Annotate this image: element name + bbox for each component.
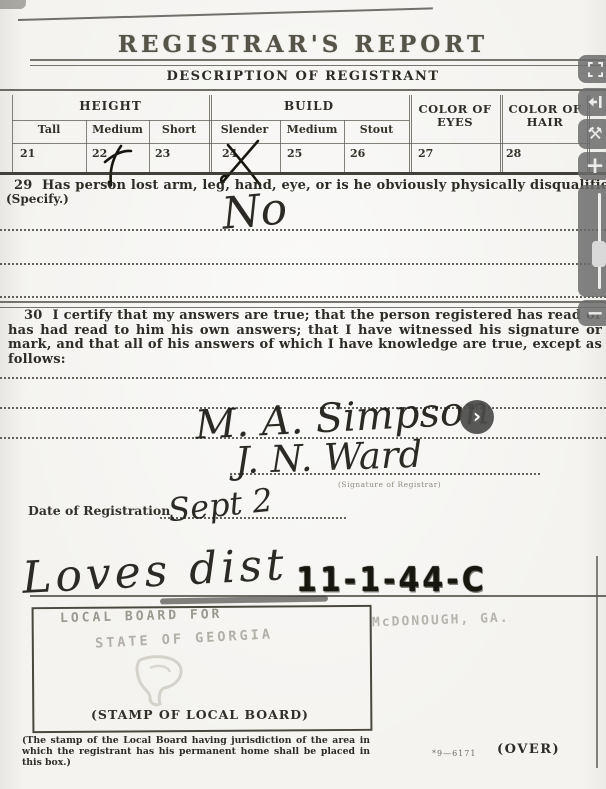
minus-icon: − (586, 301, 604, 325)
zoom-slider[interactable] (578, 185, 606, 297)
zoom-in-button[interactable]: + (578, 152, 606, 180)
question-29-number: 29 (14, 178, 33, 193)
faded-seal-icon (130, 652, 190, 708)
table-row-line (12, 120, 409, 121)
stamp-box-caption: (STAMP OF LOCAL BOARD) (32, 707, 368, 722)
scan-corner-smudge (0, 0, 26, 9)
dotted-rule (0, 296, 606, 298)
col-group-hair: COLOR OF HAIR (503, 103, 587, 129)
col-short: Short (149, 123, 209, 136)
fullscreen-button[interactable] (578, 55, 606, 83)
cell-23: 23 (155, 147, 170, 160)
over-label: (OVER) (497, 742, 560, 757)
zoom-out-button[interactable]: − (578, 300, 606, 326)
cell-27: 27 (418, 147, 433, 160)
scan-top-edge-line (18, 7, 433, 21)
board-stamp-line-3: McDONOUGH, GA. (372, 611, 510, 631)
table-bottom-rule (0, 172, 606, 175)
registrar-signature-2: J. N. Ward (234, 433, 423, 483)
question-29-text: Has person lost arm, leg, hand, eye, or … (42, 178, 606, 193)
certification-30-number: 30 (8, 308, 53, 323)
col-slender: Slender (209, 123, 280, 136)
certification-30: 30I certify that my answers are true; th… (8, 309, 602, 367)
rule-under-section-header (0, 89, 606, 91)
question-29: 29 Has person lost arm, leg, hand, eye, … (14, 178, 606, 193)
tools-button[interactable]: ⚒ (578, 119, 606, 149)
section-header: DESCRIPTION OF REGISTRANT (0, 69, 606, 84)
signature-caption: (Signature of Registrar) (338, 480, 441, 489)
dotted-rule (0, 229, 606, 231)
question-29-specify: (Specify.) (6, 192, 69, 206)
col-stout: Stout (344, 123, 409, 136)
handwritten-date: Sept 2 (166, 481, 274, 530)
cell-28: 28 (506, 147, 521, 160)
col-group-eyes: COLOR OF EYES (412, 103, 498, 129)
col-medium-height: Medium (86, 123, 149, 136)
fullscreen-icon (588, 62, 603, 77)
cell-25: 25 (287, 147, 302, 160)
scanned-document-page: REGISTRAR'S REPORT DESCRIPTION OF REGIST… (0, 0, 606, 789)
plus-icon: + (585, 153, 604, 179)
col-medium-build: Medium (280, 123, 344, 136)
footnote: (The stamp of the Local Board having jur… (22, 736, 370, 768)
chevron-right-icon: › (473, 404, 481, 428)
col-group-height: HEIGHT (12, 99, 209, 113)
cell-21: 21 (20, 147, 35, 160)
certification-30-text: I certify that my answers are true; that… (8, 308, 602, 367)
tools-icon: ⚒ (587, 124, 602, 144)
dotted-rule (0, 377, 606, 379)
arrow-left-to-bar-icon (587, 94, 603, 110)
next-page-button[interactable]: › (460, 400, 494, 434)
dotted-rule (0, 263, 606, 265)
scan-right-edge-line (596, 556, 598, 768)
handwritten-answer-no: No (220, 183, 289, 239)
rule-under-title (30, 59, 606, 66)
cell-26: 26 (350, 147, 365, 160)
col-tall: Tall (12, 123, 86, 136)
form-number: *9—6171 (432, 749, 476, 758)
section-divider-rule (0, 301, 606, 308)
date-of-registration-label: Date of Registration (28, 503, 170, 518)
document-title: REGISTRAR'S REPORT (0, 31, 606, 58)
zoom-slider-thumb[interactable] (592, 241, 606, 267)
col-group-build: BUILD (209, 99, 409, 113)
collapse-panel-button[interactable] (578, 88, 606, 116)
